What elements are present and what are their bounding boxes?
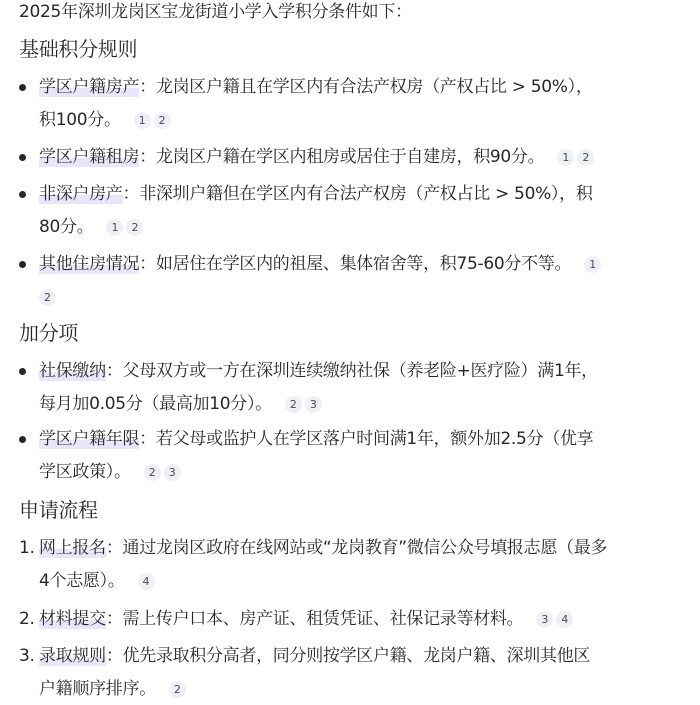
item-number: 3.: [19, 645, 35, 667]
item-text: ：龙岗区户籍且在学区内有合法产权房（产权占比 > 50%），: [139, 77, 592, 97]
item-text: 80分。: [39, 217, 93, 237]
item-text: 每月加0.05分（最高加10分）。: [39, 394, 272, 414]
item-key: 社保缴纳: [39, 361, 106, 381]
citation-badge[interactable]: 2: [144, 464, 161, 481]
citation-badge[interactable]: 2: [154, 112, 171, 129]
citation-badge[interactable]: 1: [557, 149, 574, 166]
citation-badge[interactable]: 3: [164, 464, 181, 481]
item-key: 学区户籍年限: [39, 429, 139, 449]
citation-badge[interactable]: 3: [536, 611, 553, 628]
item-key: 网上报名: [39, 538, 106, 558]
section-title-application-process: 申请流程: [19, 497, 98, 523]
item-key: 其他住房情况: [39, 254, 139, 274]
item-text: ：需上传户口本、房产证、租赁凭证、社保记录等材料。: [106, 609, 524, 629]
citation-badge[interactable]: 4: [138, 573, 155, 590]
item-text: 积100分。: [39, 110, 121, 130]
bullet-icon: [19, 154, 26, 161]
item-text: ：非深圳户籍但在学区内有合法产权房（产权占比 > 50%），积: [123, 184, 593, 204]
item-number: 1.: [19, 537, 35, 559]
bullet-icon: [19, 436, 26, 443]
citation-badge[interactable]: 2: [285, 396, 302, 413]
citation-badge[interactable]: 1: [134, 112, 151, 129]
item-key: 学区户籍房产: [39, 77, 139, 97]
item-text: 学区政策）。: [39, 462, 131, 482]
item-key: 录取规则: [39, 646, 106, 666]
citation-badge[interactable]: 4: [556, 611, 573, 628]
item-text: ：父母双方或一方在深圳连续缴纳社保（养老险+医疗险）满1年，: [106, 361, 598, 381]
item-number: 2.: [19, 608, 35, 630]
item-text: ：若父母或监护人在学区落户时间满1年，额外加2.5分（优享: [139, 429, 593, 449]
bullet-icon: [19, 368, 26, 375]
item-key: 材料提交: [39, 609, 106, 629]
bullet-icon: [19, 84, 26, 91]
item-text: ：如居住在学区内的祖屋、集体宿舍等，积75-60分不等。: [139, 254, 571, 274]
item-key: 学区户籍租房: [39, 147, 139, 167]
citation-badge[interactable]: 3: [305, 396, 322, 413]
bullet-icon: [19, 191, 26, 198]
citation-badge[interactable]: 1: [106, 219, 123, 236]
citation-badge[interactable]: 1: [584, 256, 601, 273]
bullet-icon: [19, 261, 26, 268]
item-text: ：龙岗区户籍在学区内租房或居住于自建房，积90分。: [139, 147, 544, 167]
item-text: ：优先录取积分高者，同分则按学区户籍、龙岗户籍、深圳其他区: [106, 646, 590, 666]
citation-badge[interactable]: 2: [577, 149, 594, 166]
citation-badge[interactable]: 2: [169, 681, 186, 698]
item-key: 非深户房产: [39, 184, 123, 204]
item-text: 4个志愿）。: [39, 571, 125, 591]
section-title-bonus: 加分项: [19, 320, 78, 346]
citation-badge[interactable]: 2: [126, 219, 143, 236]
section-title-basic-rules: 基础积分规则: [19, 36, 137, 62]
item-text: 户籍顺序排序。: [39, 679, 156, 699]
citation-badge[interactable]: 2: [39, 289, 56, 306]
item-text: ：通过龙岗区政府在线网站或“龙岗教育”微信公众号填报志愿（最多: [106, 538, 607, 558]
intro-text: 2025年深圳龙岗区宝龙街道小学入学积分条件如下：: [19, 1, 412, 23]
